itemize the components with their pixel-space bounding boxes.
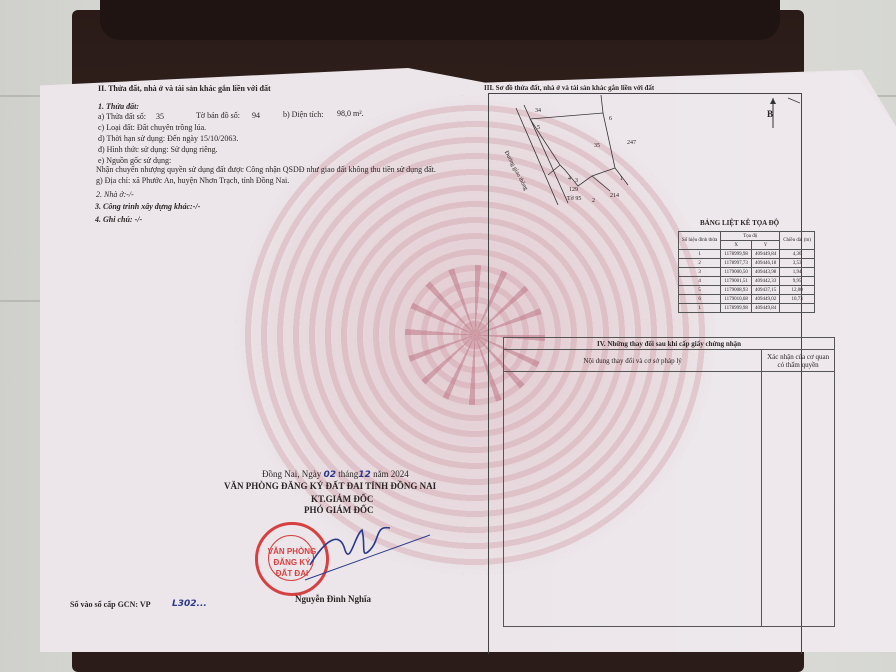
coordinate-table: Số hiệu đỉnh thửa Tọa độ Chiều dài (m) X… [678, 231, 815, 313]
map-label-214: 214 [610, 193, 619, 199]
authority-confirm-cell [762, 372, 835, 627]
coord-cell-len: 4,30 [780, 250, 815, 259]
origin-label: e) Nguồn gốc sử dụng: [98, 157, 171, 165]
usage-form: đ) Hình thức sử dụng: Sử dụng riêng. [98, 146, 218, 154]
change-content-cell [504, 372, 762, 627]
north-arrow-line [768, 98, 778, 128]
vertex-2: 2 [592, 198, 595, 204]
col-x: X [721, 241, 752, 250]
month-label: tháng [338, 469, 358, 479]
col-authority-confirm: Xác nhận của cơ quan có thẩm quyền [762, 350, 835, 372]
coord-cell-len [780, 304, 815, 313]
coord-cell-y: 409449,84 [751, 304, 779, 313]
other-construction: 3. Công trình xây dựng khác:-/- [95, 203, 200, 211]
land-type: c) Loại đất: Đất chuyên trồng lúa. [98, 124, 206, 132]
col-y: Y [751, 241, 779, 250]
changes-section: IV. Những thay đổi sau khi cấp giấy chứn… [503, 337, 835, 627]
date-year: năm 2024 [373, 469, 409, 479]
coord-row: 11178999,98409449,84 [679, 304, 815, 313]
section-ii-title: II. Thửa đất, nhà ở và tài sản khác gắn … [98, 85, 271, 93]
house: 2. Nhà ở:-/- [96, 191, 134, 199]
coord-cell-x: 1179000,50 [721, 268, 752, 277]
notes: 4. Ghi chú: -/- [95, 216, 142, 224]
coord-row: 41179001,51409442,339,95 [679, 277, 815, 286]
coord-cell-y: 409442,33 [751, 277, 779, 286]
col-length: Chiều dài (m) [780, 232, 815, 250]
coord-cell-x: 1179010,68 [721, 295, 752, 304]
coord-cell-x: 1178997,73 [721, 259, 752, 268]
changes-table: IV. Những thay đổi sau khi cấp giấy chứn… [503, 337, 835, 627]
coord-cell-y: 409449,02 [751, 295, 779, 304]
coord-cell-y: 409443,98 [751, 268, 779, 277]
map-sheet-label: Tờ bản đồ số: [196, 112, 240, 120]
map-label-34: 34 [535, 108, 541, 114]
coord-cell-len: 1,94 [780, 268, 815, 277]
vertex-4: 4 [568, 176, 571, 182]
parcel-no: 35 [156, 113, 164, 121]
coord-row: 11178999,98409449,844,30 [679, 250, 815, 259]
registry-number: L302... [172, 600, 207, 609]
coord-cell-len: 10,73 [780, 295, 815, 304]
vertex-5: 5 [537, 125, 540, 131]
coord-cell-x: 1178999,98 [721, 250, 752, 259]
map-sheet: 94 [252, 112, 260, 120]
origin-text: Nhận chuyển nhượng quyền sử dụng đất đượ… [96, 166, 436, 174]
coord-cell-pt: 2 [679, 259, 721, 268]
date-month: 12 [358, 470, 371, 480]
coord-cell-x: 1179008,93 [721, 286, 752, 295]
vertex-6: 6 [609, 116, 612, 122]
date-day: 02 [324, 470, 337, 480]
coord-cell-y: 409446,18 [751, 259, 779, 268]
parcel-no-label: a) Thửa đất số: [98, 113, 146, 121]
col-coord: Tọa độ [721, 232, 780, 241]
coord-table-title: BẢNG LIỆT KÊ TỌA ĐỘ [700, 220, 779, 227]
map-label-sheet-95: Tờ 95 [567, 196, 581, 202]
deputy-director-title: PHÓ GIÁM ĐỐC [304, 506, 374, 515]
signer-name: Nguyễn Đình Nghĩa [295, 595, 371, 604]
address: g) Địa chỉ: xã Phước An, huyện Nhơn Trạc… [96, 177, 289, 185]
coord-cell-pt: 3 [679, 268, 721, 277]
coord-cell-len: 3,53 [780, 259, 815, 268]
coord-cell-pt: 6 [679, 295, 721, 304]
map-label-35: 35 [594, 143, 600, 149]
coord-cell-pt: 1 [679, 250, 721, 259]
area-value: 98,0 m². [337, 110, 364, 118]
registry-label: Số vào sổ cấp GCN: VP [70, 601, 151, 609]
place-date-prefix: Đồng Nai, Ngày [262, 469, 321, 479]
coord-cell-pt: 5 [679, 286, 721, 295]
coord-row: 51179008,93409437,1512,00 [679, 286, 815, 295]
coord-cell-pt: 1 [679, 304, 721, 313]
coord-row: 21178997,73409446,183,53 [679, 259, 815, 268]
section-iii-title: III. Sơ đồ thửa đất, nhà ở và tài sản kh… [484, 85, 654, 92]
coord-cell-len: 12,00 [780, 286, 815, 295]
coord-row: 61179010,68409449,0210,73 [679, 295, 815, 304]
changes-title: IV. Những thay đổi sau khi cấp giấy chứn… [504, 338, 835, 350]
coord-cell-pt: 4 [679, 277, 721, 286]
vertex-1: 1 [620, 176, 623, 182]
coord-cell-x: 1179001,51 [721, 277, 752, 286]
col-point: Số hiệu đỉnh thửa [679, 232, 721, 250]
map-label-129: 129 [569, 187, 578, 193]
map-label-247: 247 [627, 140, 636, 146]
land-heading: 1. Thửa đất: [98, 103, 139, 111]
coord-cell-x: 1178999,98 [721, 304, 752, 313]
coord-cell-y: 409449,84 [751, 250, 779, 259]
coord-cell-len: 9,95 [780, 277, 815, 286]
usage-term: d) Thời hạn sử dụng: Đến ngày 15/10/2063… [98, 135, 238, 143]
col-change-content: Nội dung thay đổi và cơ sở pháp lý [504, 350, 762, 372]
coord-row: 31179000,50409443,981,94 [679, 268, 815, 277]
area-label: b) Diện tích: [283, 111, 323, 119]
place-date: Đồng Nai, Ngày 02 tháng12 năm 2024 [262, 470, 409, 480]
kt-director: KT.GIÁM ĐỐC [311, 495, 373, 504]
vertex-3: 3 [575, 178, 578, 184]
signature-scribble [300, 520, 440, 590]
coord-cell-y: 409437,15 [751, 286, 779, 295]
issuing-office: VĂN PHÒNG ĐĂNG KÝ ĐẤT ĐAI TỈNH ĐỒNG NAI [224, 482, 436, 491]
wooden-surface-top [100, 0, 780, 40]
